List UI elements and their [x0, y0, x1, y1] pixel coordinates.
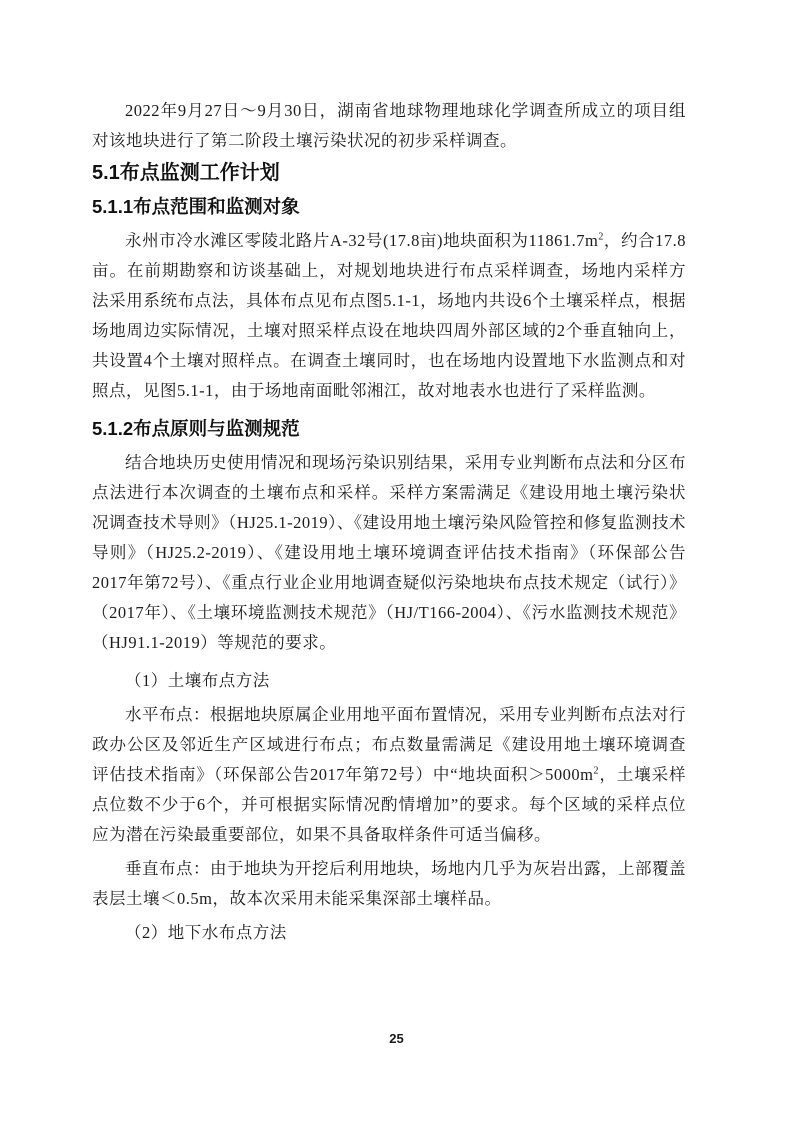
- heading-section-5-1: 5.1布点监测工作计划: [92, 158, 686, 188]
- paragraph-standards: 结合地块历史使用情况和现场污染识别结果，采用专业判断布点法和分区布点法进行本次调…: [92, 448, 686, 658]
- paragraph-vertical-layout: 垂直布点：由于地块为开挖后利用地块，场地内几乎为灰岩出露，上部覆盖表层土壤＜0.…: [92, 854, 686, 914]
- list-item-soil-method: （1）土壤布点方法: [92, 666, 686, 696]
- paragraph-site-area-text-2: ，约合17.8亩。在前期勘察和访谈基础上，对规划地块进行布点采样调查，场地内采样…: [92, 231, 686, 400]
- page-number: 25: [0, 1031, 793, 1046]
- intro-paragraph: 2022年9月27日～9月30日，湖南省地球物理地球化学调查所成立的项目组对该地…: [92, 96, 686, 156]
- paragraph-site-area-text-1: 永州市冷水滩区零陵北路片A-32号(17.8亩)地块面积为11861.7m: [125, 231, 598, 250]
- list-item-groundwater-method: （2）地下水布点方法: [92, 918, 686, 948]
- document-content: 2022年9月27日～9月30日，湖南省地球物理地球化学调查所成立的项目组对该地…: [92, 96, 686, 948]
- paragraph-site-area: 永州市冷水滩区零陵北路片A-32号(17.8亩)地块面积为11861.7m2，约…: [92, 226, 686, 406]
- heading-section-5-1-2: 5.1.2布点原则与监测规范: [92, 414, 686, 444]
- heading-section-5-1-1: 5.1.1布点范围和监测对象: [92, 192, 686, 222]
- paragraph-horizontal-layout: 水平布点：根据地块原属企业用地平面布置情况，采用专业判断布点法对行政办公区及邻近…: [92, 700, 686, 850]
- document-page: 2022年9月27日～9月30日，湖南省地球物理地球化学调查所成立的项目组对该地…: [0, 0, 793, 1122]
